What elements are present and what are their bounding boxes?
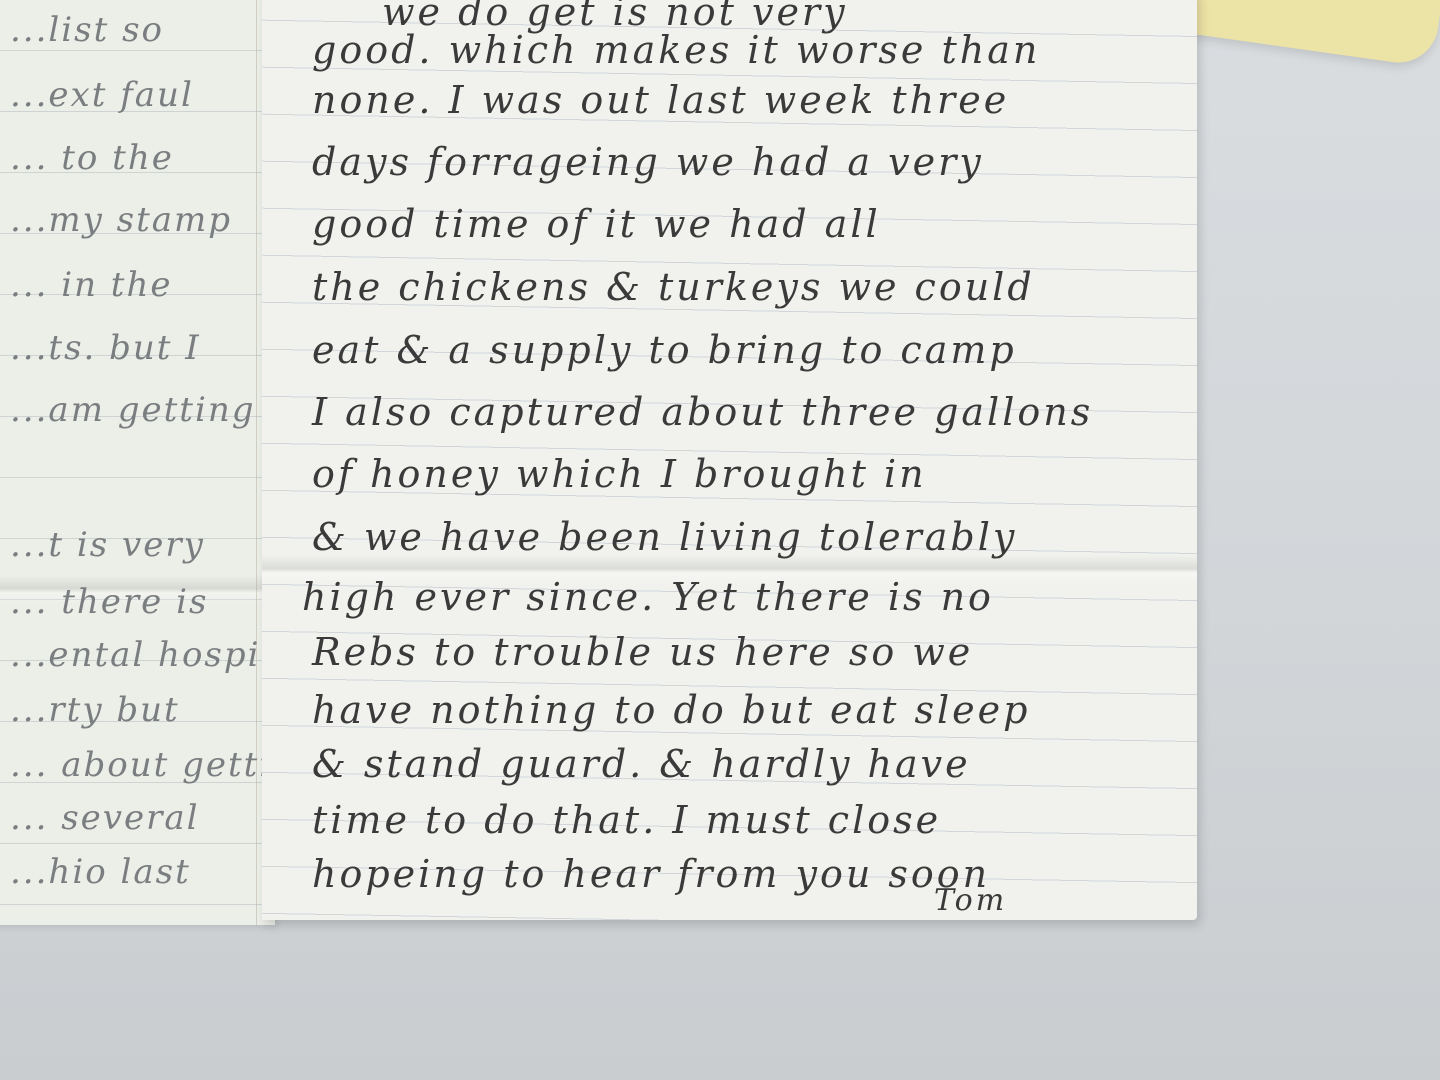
letter-line: Rebs to trouble us here so we — [312, 630, 973, 674]
left-line: ...ts. but I — [10, 328, 201, 368]
letter-line: I also captured about three gallons — [312, 390, 1093, 434]
left-line: ... to the — [10, 138, 174, 178]
letter-line: good time of it we had all — [312, 202, 881, 246]
left-line: ... there is — [10, 582, 208, 622]
left-line: ...my stamp — [10, 200, 232, 240]
left-line: ...rty but — [10, 690, 180, 730]
yellow-card — [1175, 0, 1440, 68]
letter-line: eat & a supply to bring to camp — [312, 328, 1017, 372]
letter-line: good. which makes it worse than — [312, 28, 1040, 72]
left-line: ...hio last — [10, 852, 191, 892]
left-line: ...ext faul — [10, 75, 194, 115]
letter-photo: ...list so ...ext faul ... to the ...my … — [0, 0, 1440, 1080]
letter-line: days forrageing we had a very — [312, 140, 984, 184]
letter-line: time to do that. I must close — [312, 798, 941, 842]
letter-line: none. I was out last week three — [312, 78, 1009, 122]
main-letter-page: we do get is not very good. which makes … — [262, 0, 1197, 920]
left-line: ...list so — [10, 10, 164, 50]
letter-line: of honey which I brought in — [312, 452, 927, 496]
letter-line: high ever since. Yet there is no — [302, 575, 994, 619]
letter-line: have nothing to do but eat sleep — [312, 688, 1030, 732]
letter-line: & we have been living tolerably — [312, 515, 1017, 559]
left-line: ...t is very — [10, 525, 205, 565]
letter-line: the chickens & turkeys we could — [312, 265, 1035, 309]
left-line: ...am getting — [10, 390, 256, 430]
left-page-fragment: ...list so ...ext faul ... to the ...my … — [0, 0, 275, 925]
letter-line: hopeing to hear from you soon — [312, 852, 990, 896]
left-line: ... in the — [10, 265, 173, 305]
left-line: ... several — [10, 798, 200, 838]
letter-line: & stand guard. & hardly have — [312, 742, 971, 786]
signature: Tom — [934, 883, 1007, 918]
